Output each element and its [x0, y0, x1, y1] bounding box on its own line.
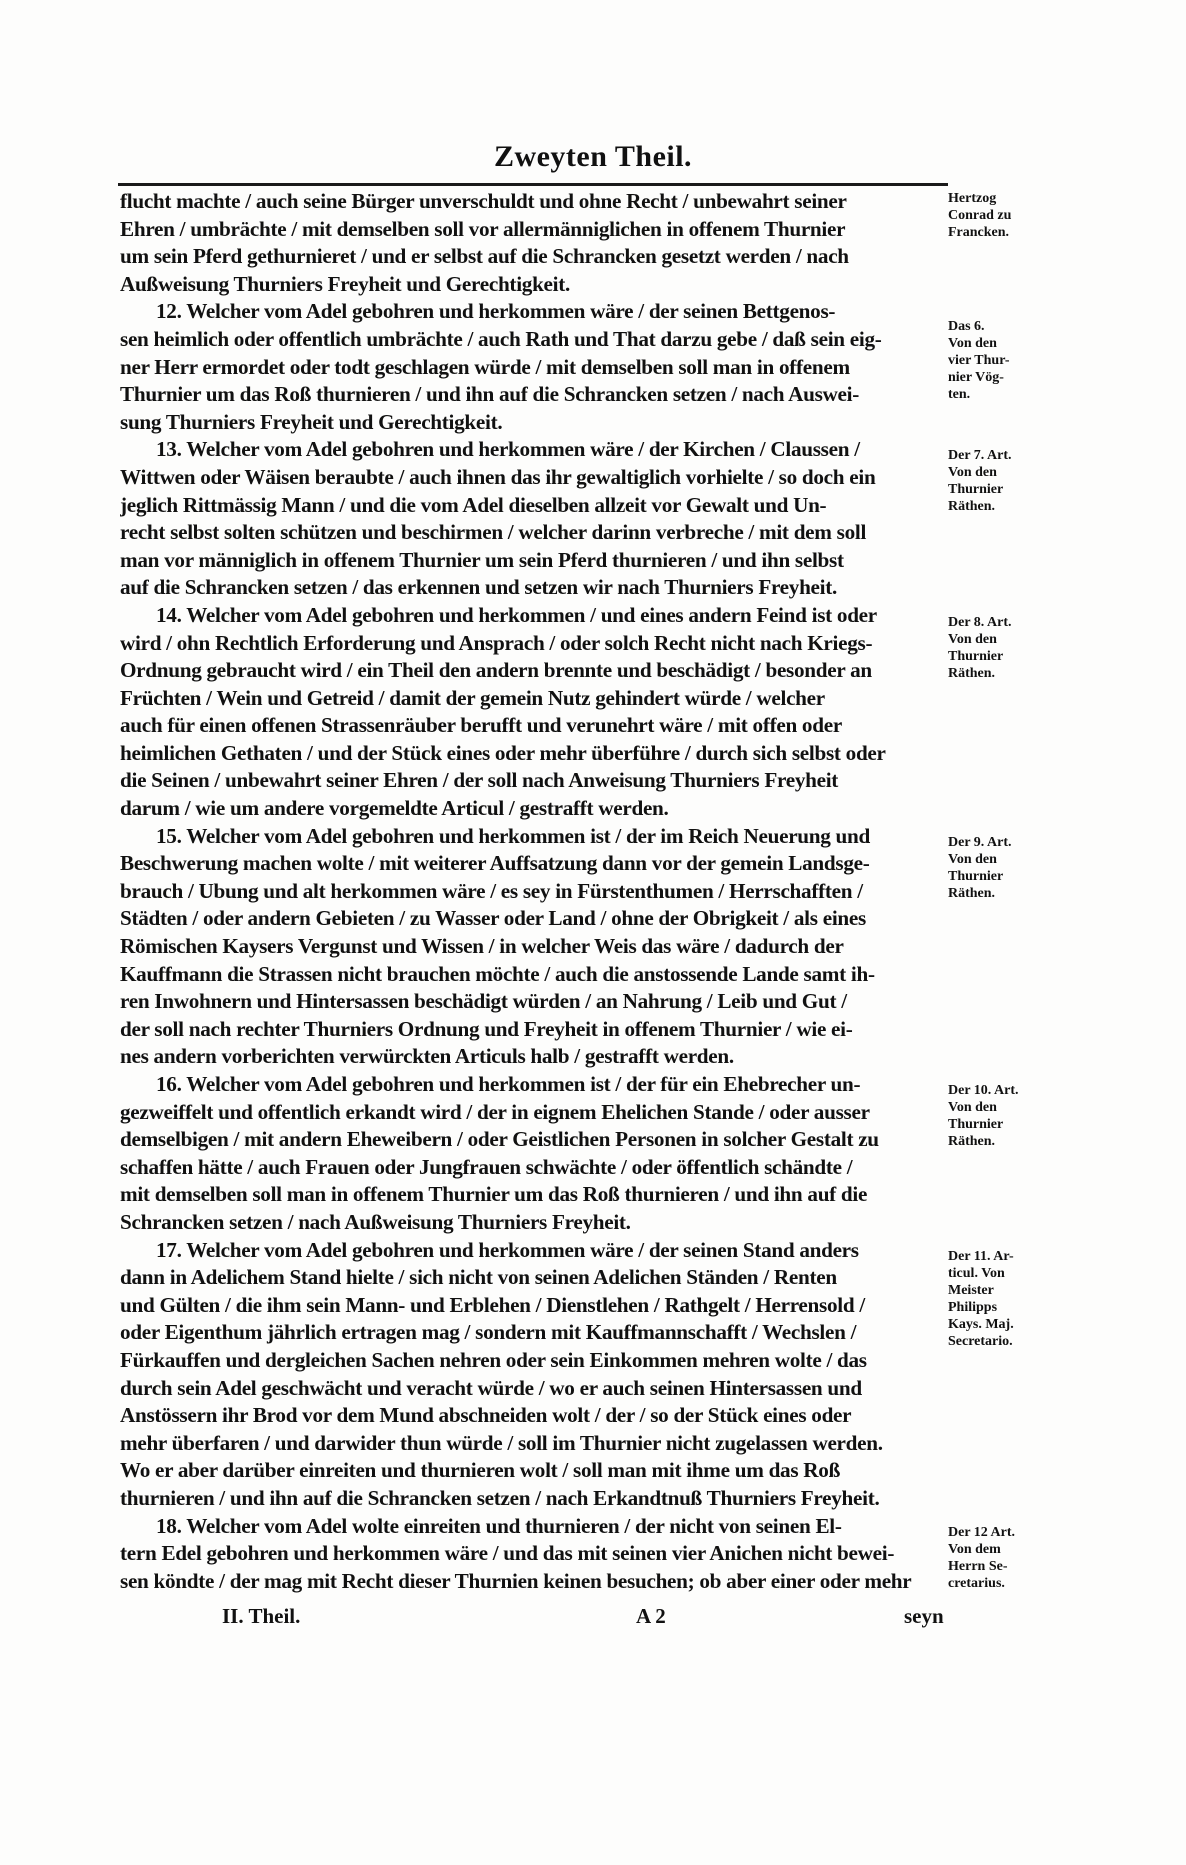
margin-note-line: Thurnier	[948, 481, 1048, 498]
text-line: Kauffmann die Strassen nicht brauchen mö…	[120, 961, 950, 989]
text-line: ner Herr ermordet oder todt geschlagen w…	[120, 354, 950, 382]
text-line: thurnieren / und ihn auf die Schrancken …	[120, 1485, 950, 1513]
text-line: wird / ohn Rechtlich Erforderung und Ans…	[120, 630, 950, 658]
article-start-line: 15. Welcher vom Adel gebohren und herkom…	[120, 823, 950, 851]
margin-note-line: nier Vög-	[948, 369, 1048, 386]
margin-note-line: Der 11. Ar-	[948, 1248, 1048, 1265]
margin-note-line: Von den	[948, 464, 1048, 481]
margin-note-line: cretarius.	[948, 1575, 1048, 1592]
margin-note-line: Räthen.	[948, 885, 1048, 902]
text-line: die Seinen / unbewahrt seiner Ehren / de…	[120, 767, 950, 795]
margin-note-line: Meister	[948, 1282, 1048, 1299]
article-start-line: 12. Welcher vom Adel gebohren und herkom…	[120, 298, 950, 326]
margin-note-line: Räthen.	[948, 1133, 1048, 1150]
margin-note-line: Von dem	[948, 1541, 1048, 1558]
article-start-line: 18. Welcher vom Adel wolte einreiten und…	[120, 1513, 950, 1541]
text-line: demselbigen / mit andern Eheweibern / od…	[120, 1126, 950, 1154]
text-line: Schrancken setzen / nach Außweisung Thur…	[120, 1209, 950, 1237]
book-page: Zweyten Theil. flucht machte / auch sein…	[0, 0, 1186, 1865]
margin-note-line: Der 12 Art.	[948, 1524, 1048, 1541]
margin-note: Der 8. Art.Von denThurnierRäthen.	[948, 614, 1048, 682]
text-line: jeglich Rittmässig Mann / und die vom Ad…	[120, 492, 950, 520]
text-line: Städten / oder andern Gebieten / zu Wass…	[120, 905, 950, 933]
margin-note-line: Von den	[948, 851, 1048, 868]
margin-note-line: Der 7. Art.	[948, 447, 1048, 464]
article-start-line: 16. Welcher vom Adel gebohren und herkom…	[120, 1071, 950, 1099]
text-line: man vor männiglich in offenem Thurnier u…	[120, 547, 950, 575]
text-line: dann in Adelichem Stand hielte / sich ni…	[120, 1264, 950, 1292]
text-line: Ehren / umbrächte / mit demselben soll v…	[120, 216, 950, 244]
text-line: schaffen hätte / auch Frauen oder Jungfr…	[120, 1154, 950, 1182]
margin-note-line: Thurnier	[948, 1116, 1048, 1133]
margin-note-line: ticul. Von	[948, 1265, 1048, 1282]
text-line: heimlichen Gethaten / und der Stück eine…	[120, 740, 950, 768]
margin-note-line: Von den	[948, 335, 1048, 352]
margin-note: Der 12 Art.Von demHerrn Se-cretarius.	[948, 1524, 1048, 1592]
text-line: brauch / Ubung und alt herkommen wäre / …	[120, 878, 950, 906]
footer-signature-mark: A 2	[636, 1604, 666, 1629]
text-line: durch sein Adel geschwächt und veracht w…	[120, 1375, 950, 1403]
margin-note-line: Das 6.	[948, 318, 1048, 335]
text-line: und Gülten / die ihm sein Mann- und Erbl…	[120, 1292, 950, 1320]
text-line: sen köndte / der mag mit Recht dieser Th…	[120, 1568, 950, 1596]
article-start-line: 14. Welcher vom Adel gebohren und herkom…	[120, 602, 950, 630]
text-line: Ordnung gebraucht wird / ein Theil den a…	[120, 657, 950, 685]
margin-note-line: Herrn Se-	[948, 1558, 1048, 1575]
margin-note: Der 7. Art.Von denThurnierRäthen.	[948, 447, 1048, 515]
margin-note-line: ten.	[948, 386, 1048, 403]
running-head: Zweyten Theil.	[0, 140, 1186, 174]
margin-note-line: Francken.	[948, 224, 1048, 241]
text-line: mit demselben soll man in offenem Thurni…	[120, 1181, 950, 1209]
text-line: sung Thurniers Freyheit und Gerechtigkei…	[120, 409, 950, 437]
text-line: sen heimlich oder offentlich umbrächte /…	[120, 326, 950, 354]
margin-note: Der 10. Art.Von denThurnierRäthen.	[948, 1082, 1048, 1150]
margin-note: Der 9. Art.Von denThurnierRäthen.	[948, 834, 1048, 902]
text-line: Außweisung Thurniers Freyheit und Gerech…	[120, 271, 950, 299]
margin-note-line: Conrad zu	[948, 207, 1048, 224]
margin-note-line: Von den	[948, 631, 1048, 648]
text-line: um sein Pferd gethurnieret / und er selb…	[120, 243, 950, 271]
text-line: Römischen Kaysers Vergunst und Wissen / …	[120, 933, 950, 961]
footer-catchword: seyn	[904, 1604, 944, 1629]
text-line: Beschwerung machen wolte / mit weiterer …	[120, 850, 950, 878]
text-line: auch für einen offenen Strassenräuber be…	[120, 712, 950, 740]
margin-note-line: Der 10. Art.	[948, 1082, 1048, 1099]
text-line: der soll nach rechter Thurniers Ordnung …	[120, 1016, 950, 1044]
margin-note: Der 11. Ar-ticul. VonMeisterPhilippsKays…	[948, 1248, 1048, 1350]
margin-note-line: Der 9. Art.	[948, 834, 1048, 851]
margin-note-line: Thurnier	[948, 868, 1048, 885]
text-line: Wo er aber darüber einreiten und thurnie…	[120, 1457, 950, 1485]
article-start-line: 17. Welcher vom Adel gebohren und herkom…	[120, 1237, 950, 1265]
text-line: Wittwen oder Wäisen beraubte / auch ihne…	[120, 464, 950, 492]
text-line: nes andern vorberichten verwürckten Arti…	[120, 1043, 950, 1071]
margin-note-line: Hertzog	[948, 190, 1048, 207]
header-rule	[118, 183, 948, 186]
margin-note-line: Von den	[948, 1099, 1048, 1116]
text-line: darum / wie um andere vorgemeldte Articu…	[120, 795, 950, 823]
text-line: mehr überfaren / und darwider thun würde…	[120, 1430, 950, 1458]
text-line: oder Eigenthum jährlich ertragen mag / s…	[120, 1319, 950, 1347]
text-line: Thurnier um das Roß thurnieren / und ihn…	[120, 381, 950, 409]
margin-note-line: Philipps	[948, 1299, 1048, 1316]
article-start-line: 13. Welcher vom Adel gebohren und herkom…	[120, 436, 950, 464]
margin-note: HertzogConrad zuFrancken.	[948, 190, 1048, 241]
text-line: flucht machte / auch seine Bürger unvers…	[120, 188, 950, 216]
text-line: auf die Schrancken setzen / das erkennen…	[120, 574, 950, 602]
text-line: Fürkauffen und dergleichen Sachen nehren…	[120, 1347, 950, 1375]
margin-note-line: Der 8. Art.	[948, 614, 1048, 631]
margin-note: Das 6.Von denvier Thur-nier Vög-ten.	[948, 318, 1048, 403]
footer-part-label: II. Theil.	[222, 1604, 300, 1629]
text-line: Früchten / Wein und Getreid / damit der …	[120, 685, 950, 713]
body-text: flucht machte / auch seine Bürger unvers…	[120, 188, 950, 1595]
margin-note-line: Kays. Maj.	[948, 1316, 1048, 1333]
text-line: gezweiffelt und offentlich erkandt wird …	[120, 1099, 950, 1127]
text-line: Anstössern ihr Brod vor dem Mund abschne…	[120, 1402, 950, 1430]
margin-note-line: Secretario.	[948, 1333, 1048, 1350]
margin-note-line: Räthen.	[948, 498, 1048, 515]
text-line: ren Inwohnern und Hintersassen beschädig…	[120, 988, 950, 1016]
text-line: recht selbst solten schützen und beschir…	[120, 519, 950, 547]
margin-note-line: Räthen.	[948, 665, 1048, 682]
margin-note-line: Thurnier	[948, 648, 1048, 665]
margin-note-line: vier Thur-	[948, 352, 1048, 369]
text-line: tern Edel gebohren und herkommen wäre / …	[120, 1540, 950, 1568]
